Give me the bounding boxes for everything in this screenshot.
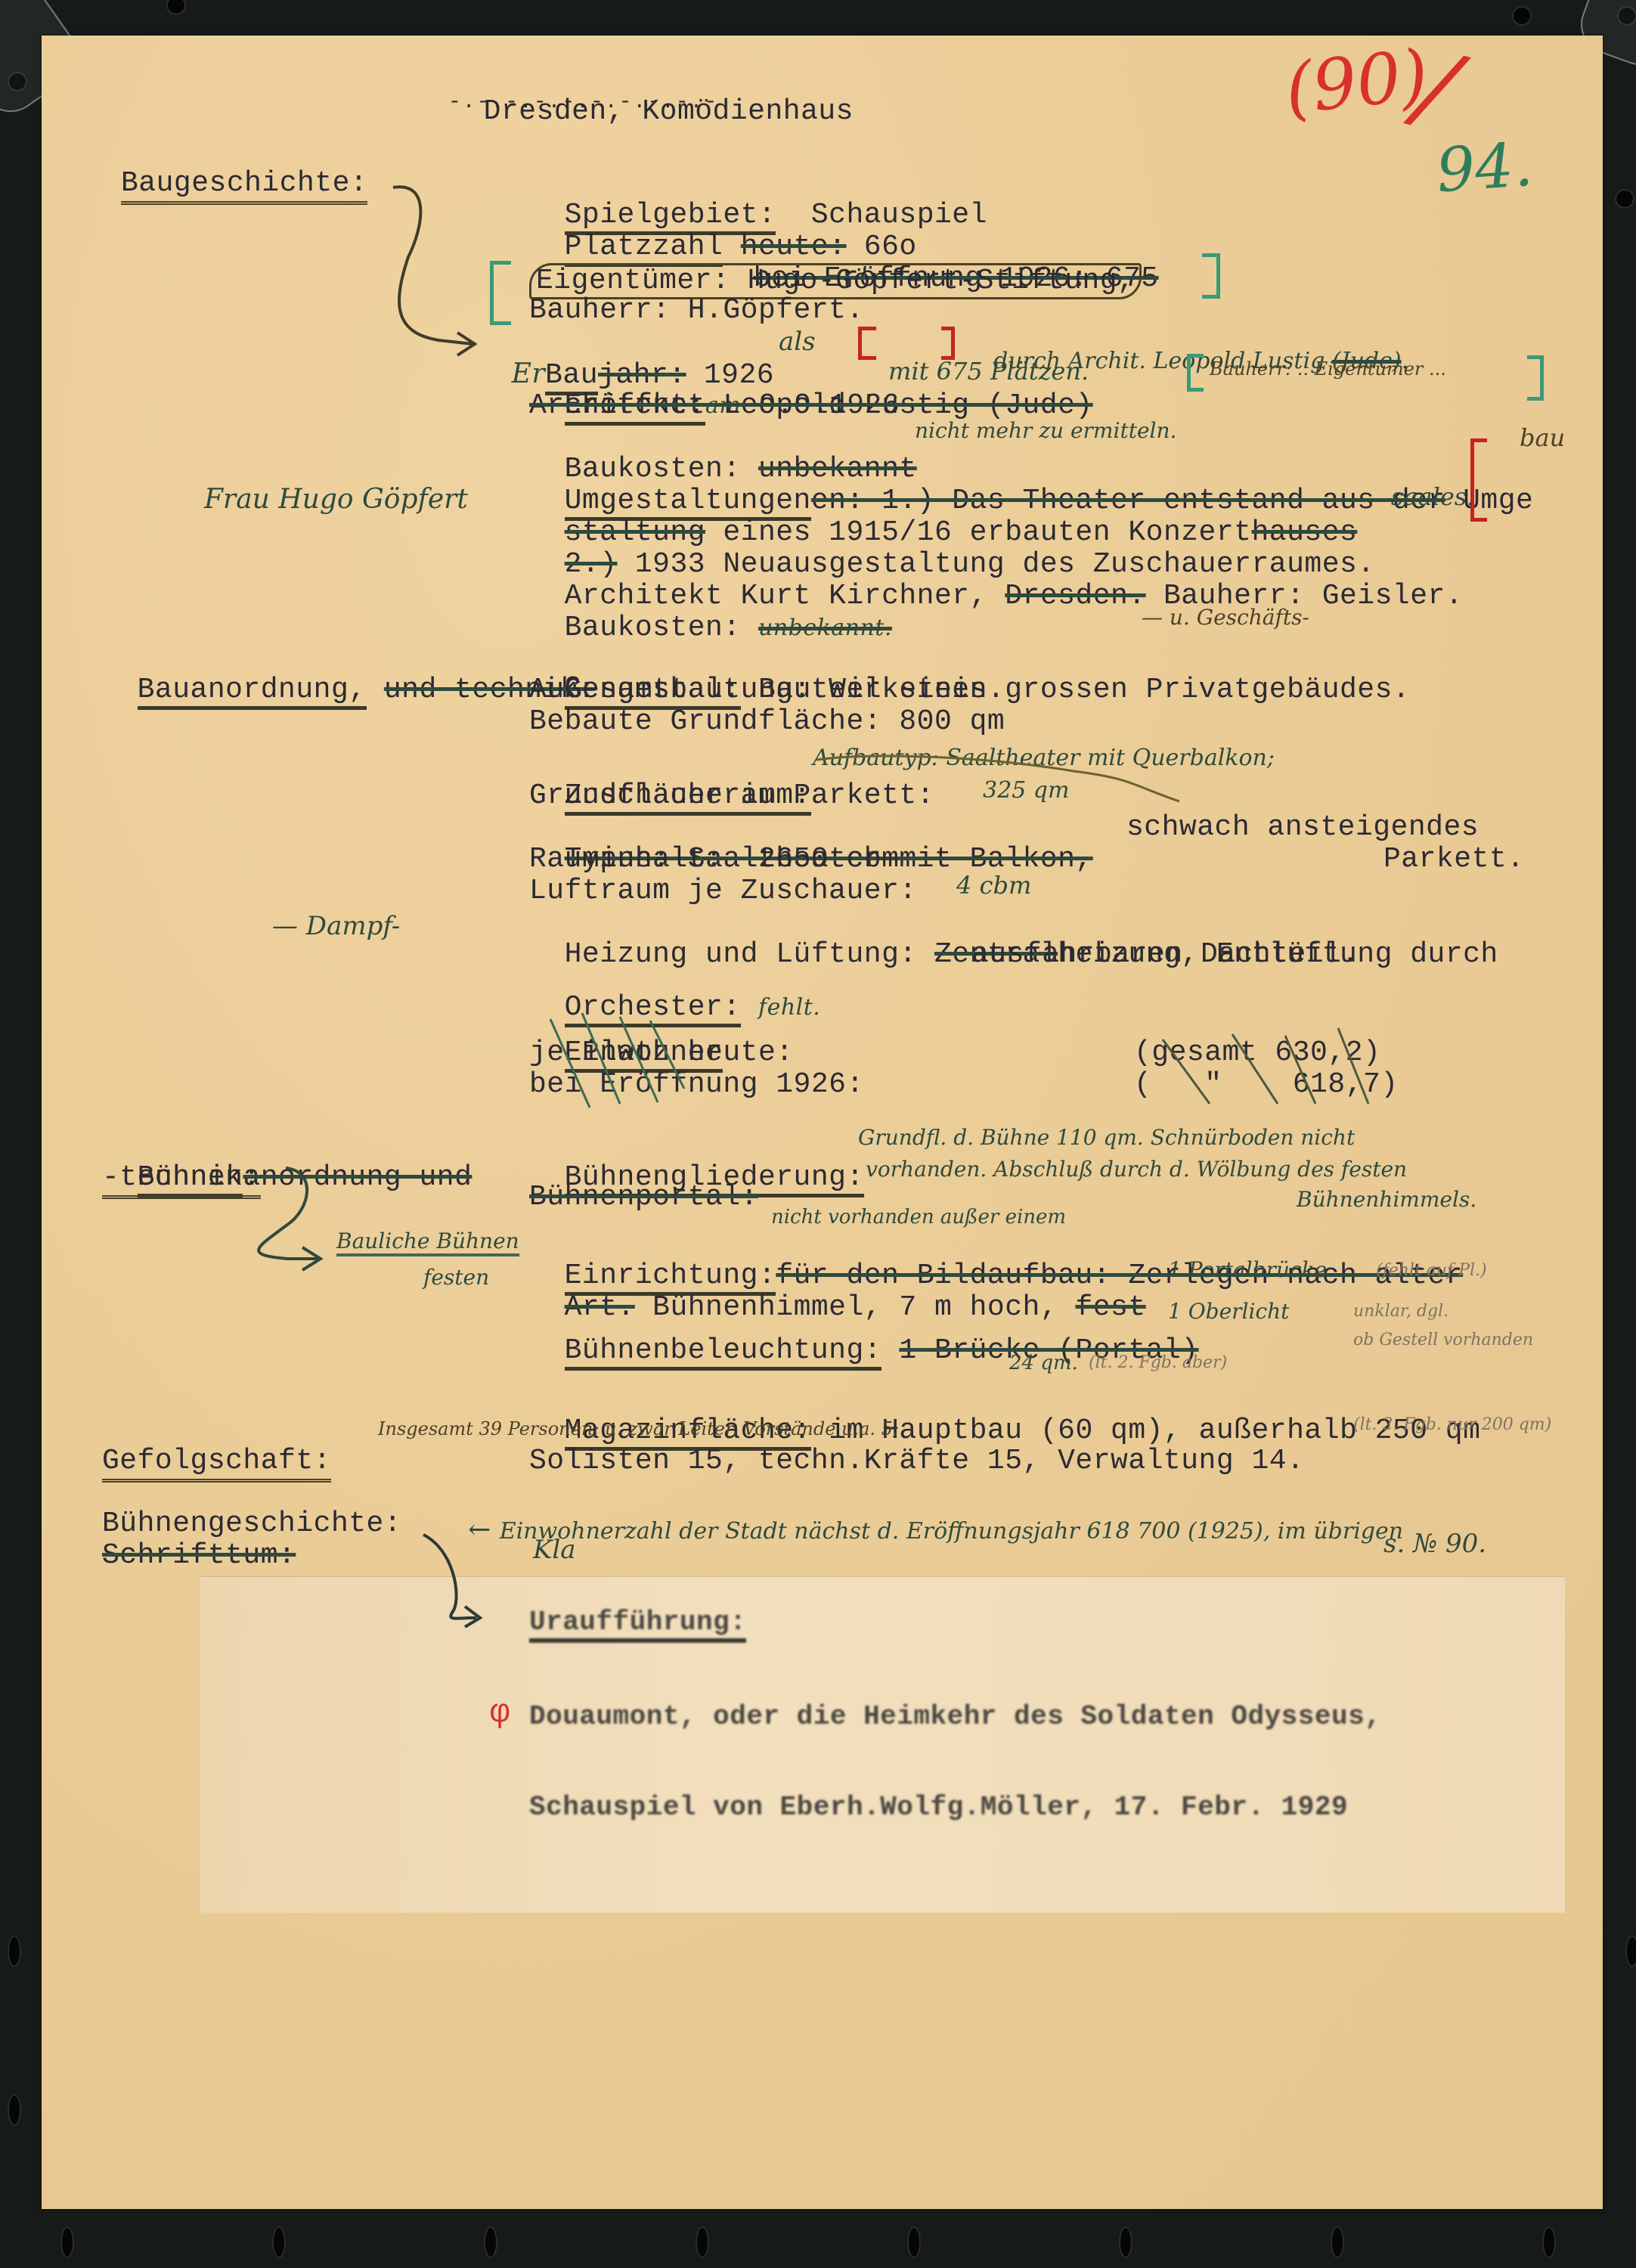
section-label-gefolgschaft: Gefolgschaft: [102,1445,331,1483]
hw-gliederung-1: Grundfl. d. Bühne 110 qm. Schnürboden ni… [858,1125,1355,1150]
mount-hole [1615,189,1634,209]
line-bauherr: Bauherr: H.Göpfert. [529,295,864,327]
urauffuehrung-line-2: Schauspiel von Eberh.Wolfg.Möller, 17. F… [529,1792,1348,1823]
margin-note-bauliche-buehnen: Bauliche Bühnen [336,1228,519,1256]
green-bracket-left-2 [1187,354,1204,392]
urauffuehrung-label: Uraufführung: [529,1606,746,1643]
hw-gliederung-2: vorhanden. Abschluß durch d. Wölbung des… [866,1157,1407,1182]
green-bracket-right-2 [1527,355,1544,401]
line-luftraum: Luftraum je Zuschauer: [529,875,917,907]
hw-bauherr-eigentuemer: Bauherr: .. Eigentümer ... [1210,358,1446,380]
section-label-technik: -technik: [102,1162,261,1199]
line-baukosten-2: Baukosten: unbekannt. [529,581,892,644]
mount-hole [907,2226,921,2258]
hw-bau: bau [1520,423,1565,452]
pencil-nur-200qm: (lt. 2. Fgb. nur 200 qm) [1353,1415,1551,1434]
pencil-fehlt-auf-pl: (fehlt auf Pl.) [1376,1261,1487,1280]
line-typus-value-2: Parkett. [1383,844,1524,875]
mount-hole [60,2226,74,2258]
margin-note-hugo-goepfert: Frau Hugo Göpfert [204,484,468,515]
line-buehnenportal-struck: Bühnenportal: [529,1182,758,1213]
hw-aufbautyp: Aufbautyp: Saaltheater mit Querbalkon; [813,745,1275,771]
red-bracket-right [941,327,955,360]
section-label-buehnengeschichte: Bühnengeschichte: [102,1508,401,1540]
page-number-red: (90) [1281,34,1432,129]
line-architekt-struck: Architekt: Leopold Lustig (Jude) [529,390,1093,422]
mount-hole [1331,2226,1344,2258]
hw-24qm: 24 qm. [1009,1352,1078,1374]
mount-hole [1542,2226,1556,2258]
hw-saales: saales. [1391,482,1474,511]
hw-oberlicht: 1 Oberlicht [1168,1299,1289,1324]
hw-geschaefts: — u. Geschäfts- [1142,605,1309,630]
line-rauminhalt: Rauminhalt: 2650 cbm [529,844,899,875]
pencil-gestell: ob Gestell vorhanden [1353,1331,1533,1349]
line-einwohner-1: je Platz heute: [529,1037,794,1069]
mount-hole [1119,2226,1132,2258]
line-aussengestaltung: Außengestaltung: Werkstein. [529,674,1005,706]
hw-325qm: 325 qm [983,777,1069,804]
red-bracket-left [858,327,876,360]
margin-note-dampf: — Dampf- [272,911,400,941]
green-bracket-right [1202,253,1220,299]
line-heizung-2: ausfahrbaren Dachteil. [971,939,1359,971]
hw-einrichtung-above: nicht vorhanden außer einem [771,1206,1066,1228]
mount-hole [166,0,186,15]
green-bracket-left [490,261,511,325]
einwohner-value-2: ( " 618,7) [1134,1069,1399,1101]
page-number-green: 94. [1434,129,1535,206]
margin-note-festen: festen [423,1265,489,1290]
pencil-unklar: unklar, dgl. [1353,1302,1449,1321]
mount-hole [8,2094,21,2126]
line-gefolgschaft: Solisten 15, techn.Kräfte 15, Verwaltung… [529,1445,1304,1477]
mount-hole [696,2226,709,2258]
line-grundflaeche-parkett: Grundfläche im Parkett: [529,780,934,812]
hw-scribble: Kla [533,1535,576,1565]
mount-hole [484,2226,497,2258]
line-typus-value: schwach ansteigendes [1126,812,1479,844]
mount-hole [272,2226,286,2258]
pasted-slip [200,1576,1565,1913]
mount-hole [1625,1935,1636,1967]
section-label-baugeschichte: Baugeschichte: [121,168,367,205]
hw-eroeffnet-plaetze: mit 675 Plätzen. [888,357,1089,386]
line-einwohner-2: bei Eröffnung 1926: [529,1069,864,1101]
title-underline: -.-.-.-.-.-.-.-.-.- [448,87,718,119]
hw-erbaut-als: als [779,327,816,357]
mount-hole [8,1935,21,1967]
hw-insgesamt-39: Insgesamt 39 Personen; u. zwar Leiter, V… [378,1418,899,1439]
pencil-lt-2-fgb-aber: (lt. 2. Fgb. aber) [1089,1353,1227,1372]
hw-portalbruecke: 1 Portalbrücke [1168,1257,1327,1282]
hw-gliederung-3: Bühnenhimmels. [1297,1187,1476,1212]
hw-baukosten-note: nicht mehr zu ermitteln. [915,418,1176,443]
section-label-schrifttum-struck: Schrifttum: [102,1540,296,1572]
urauffuehrung-line-1: Douaumont, oder die Heimkehr des Soldate… [529,1701,1381,1733]
hw-einwohnerzahl: ← Einwohnerzahl der Stadt nächst d. Eröf… [454,1488,1403,1545]
line-bebaute-grundflaeche: Bebaute Grundfläche: 800 qm [529,706,1005,738]
red-mark: φ [490,1697,510,1729]
section-label-bauanordnung: Bauanordnung, und technik: [102,643,596,706]
einwohner-value-1: (gesamt 630,2) [1134,1037,1380,1069]
mount-hole [1512,6,1532,26]
hw-siehe-nr-90: s. № 90. [1383,1529,1486,1559]
hw-4cbm: 4 cbm [956,871,1031,900]
